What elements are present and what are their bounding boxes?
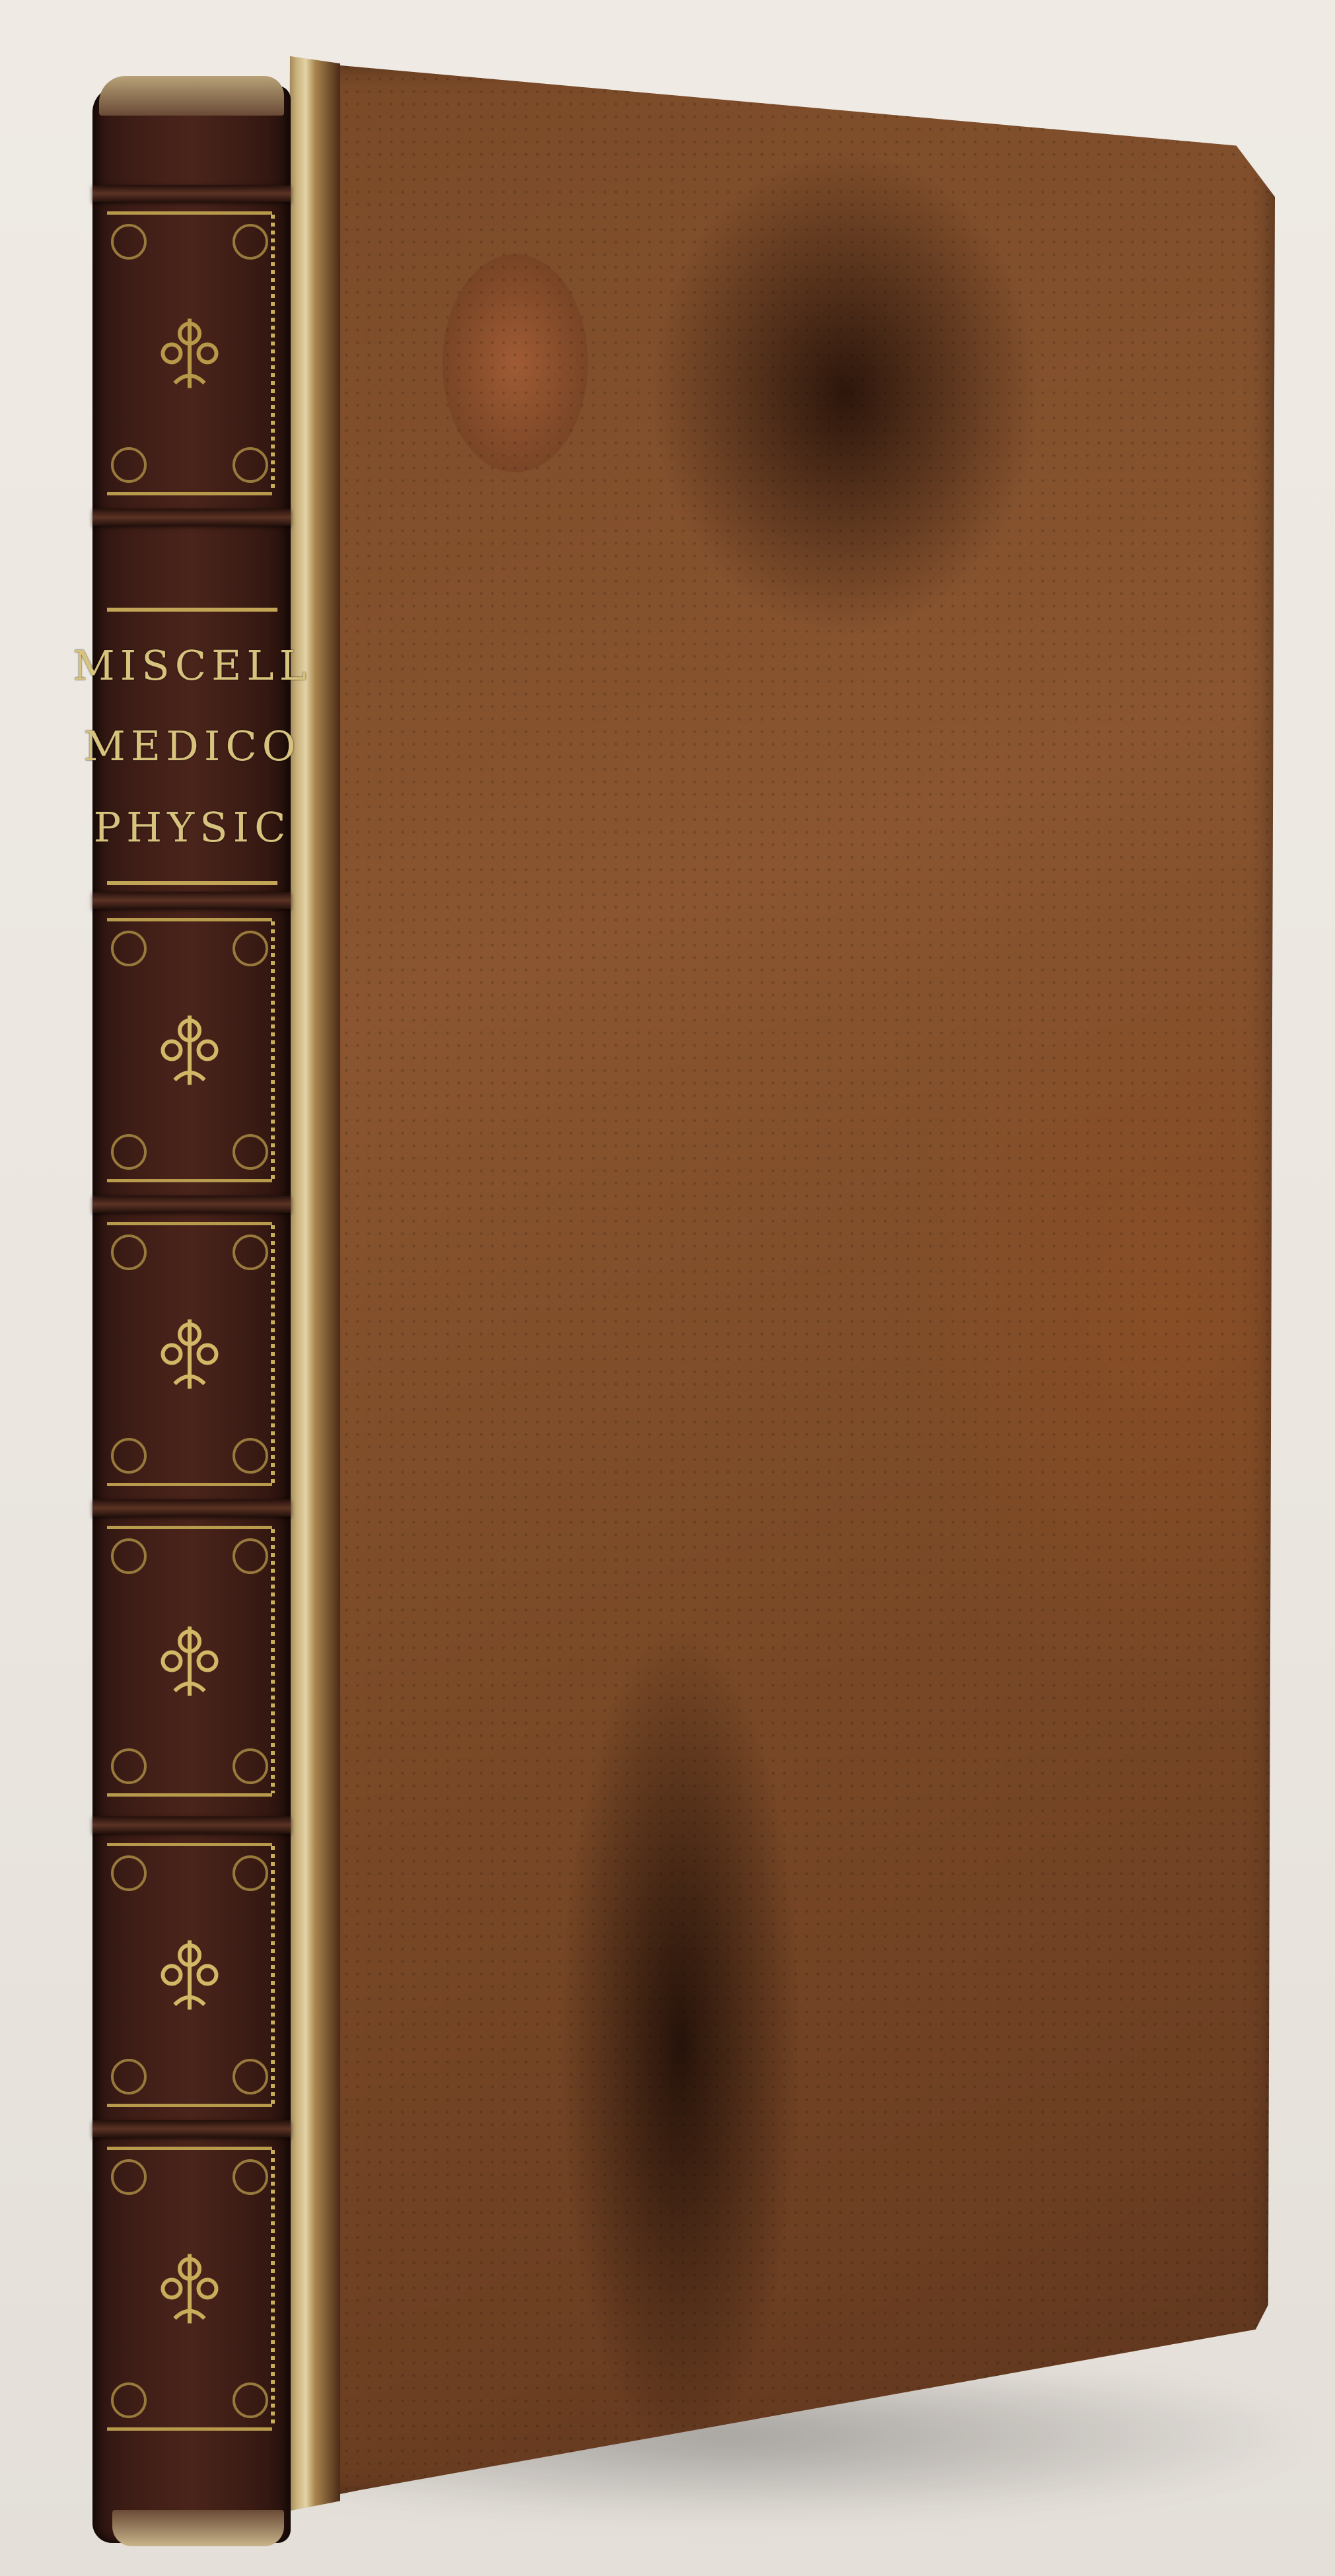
gilt-panel: [107, 2147, 272, 2431]
front-cover: [310, 63, 1275, 2500]
spine-title-label: MISCELL MEDICO PHYSIC: [107, 608, 277, 885]
raised-band: [92, 892, 291, 909]
spine-title-line-2: MEDICO: [83, 722, 301, 770]
floral-ornament-icon: [140, 304, 239, 403]
gilt-panel: [107, 211, 272, 495]
raised-band: [92, 509, 291, 526]
spine-head-cap: [99, 76, 284, 116]
raised-band: [92, 1196, 291, 1213]
gilt-panel: [107, 1222, 272, 1486]
gilt-panel: [107, 1526, 272, 1797]
gilt-panel: [107, 918, 272, 1182]
spine-title-line-3: PHYSIC: [93, 803, 291, 851]
spine-title-line-1: MISCELL: [73, 641, 312, 690]
spine-tail-cap: [112, 2510, 284, 2546]
floral-ornament-icon: [140, 1925, 239, 2024]
floral-ornament-icon: [140, 1612, 239, 1711]
raised-band: [92, 1816, 291, 1834]
raised-band: [92, 185, 291, 202]
raised-band: [92, 2120, 291, 2137]
photo-scene: MISCELL MEDICO PHYSIC: [0, 0, 1335, 2576]
gilt-panel: [107, 1843, 272, 2107]
floral-ornament-icon: [140, 2239, 239, 2338]
floral-ornament-icon: [140, 1001, 239, 1100]
cover-stain: [443, 254, 588, 472]
raised-band: [92, 1499, 291, 1517]
book-spine: MISCELL MEDICO PHYSIC: [92, 86, 291, 2543]
floral-ornament-icon: [140, 1305, 239, 1404]
